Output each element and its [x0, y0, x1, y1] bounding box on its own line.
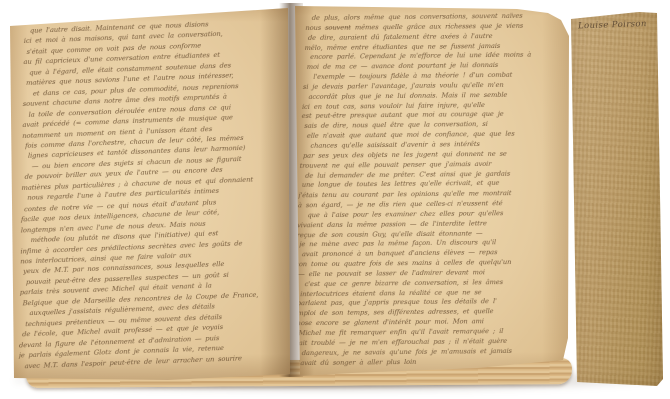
- right-page-handwriting: de plus, alors même que nos conversation…: [291, 11, 566, 368]
- notebook-back-cover: Louise Poirson: [569, 9, 663, 388]
- cover-name-inscription: Louise Poirson: [578, 19, 658, 32]
- left-page-handwriting: que l'autre disait. Maintenant ce que no…: [19, 17, 282, 372]
- right-page: de plus, alors même que nos conversation…: [292, 2, 572, 380]
- open-notebook-photo: Louise Poirson que l'autre disait. Maint…: [0, 0, 670, 399]
- left-page: que l'autre disait. Maintenant ce que no…: [8, 6, 292, 382]
